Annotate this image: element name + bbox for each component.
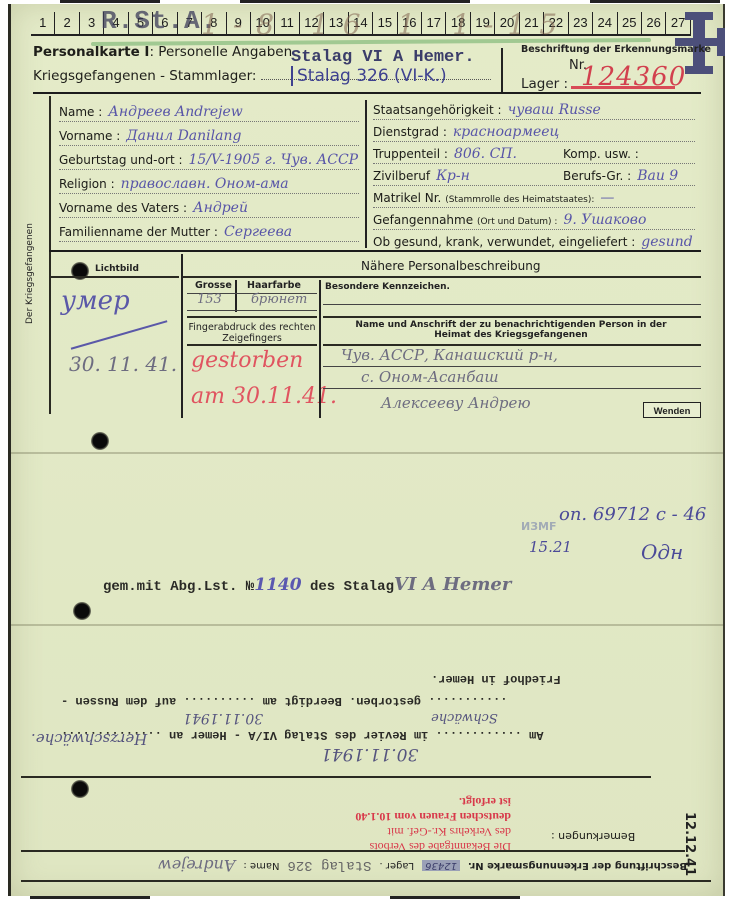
- gestorben-line: ........... gestorben. Beerdigt am .....…: [61, 694, 711, 708]
- punch-hole: [71, 780, 89, 798]
- besondere-label: Besondere Kennzeichen.: [325, 282, 450, 292]
- footer-erkennungsmarke: Beschriftung der Erkennungsmarke Nr. 124…: [47, 856, 687, 875]
- field-label-small: (Stammrolle des Heimatstaates):: [445, 195, 594, 205]
- fingerprint-top-rule: [187, 316, 317, 318]
- wenden-button[interactable]: Wenden: [643, 402, 701, 418]
- personal-field-left: Name :Андреев Andrejew: [59, 104, 359, 120]
- grosse-divider: [235, 280, 237, 312]
- contact-top-rule: [323, 316, 701, 318]
- card-title-rest: : Personelle Angaben: [149, 44, 292, 60]
- field-label: Berufs-Gr. :: [563, 169, 631, 183]
- footer-lager-label: Lager .: [379, 860, 414, 871]
- field-value: чуваш Russe: [508, 102, 601, 118]
- abgang-line: gem.mit Abg.Lst. №1140 des StalagVI A He…: [103, 574, 511, 595]
- column-number: 1: [31, 12, 55, 34]
- field-label: Zivilberuf: [373, 169, 430, 183]
- scan-edge: [240, 0, 470, 3]
- contact-line-3: Алексееву Андрею: [381, 394, 531, 412]
- field-value: Андреев Andrejew: [108, 104, 243, 120]
- gestorben-date: am 30.11.41.: [191, 384, 337, 409]
- scan-edge: [30, 896, 150, 899]
- fingerprint-rule: [187, 344, 317, 346]
- gestorben-note: gestorben: [191, 348, 303, 373]
- field-value: 806. СП.: [454, 146, 517, 162]
- lst-number: 1140: [254, 575, 301, 595]
- archive-date: 15.21: [529, 538, 572, 556]
- personal-rule: [49, 250, 701, 252]
- abgang-stalag: des Stalag: [310, 579, 394, 595]
- archive-number: оп. 69712 с - 46: [559, 504, 706, 525]
- scan-edge: [390, 896, 520, 899]
- column-number: 25: [618, 12, 642, 34]
- field-label: Vorname :: [59, 129, 120, 143]
- field-label: Dienstgrad :: [373, 125, 447, 139]
- fold-line: [11, 452, 723, 454]
- pencil-annotation: 1-8 16 1 1-15: [201, 8, 571, 41]
- field-value: gesund: [641, 234, 692, 250]
- lichtbild-rule: [49, 276, 179, 278]
- grosse-value: 153: [197, 292, 222, 307]
- field-value: 15/V-1905 г. Чув. АССР: [189, 152, 359, 168]
- personnel-card: 1234567891011121314151617181920212223242…: [8, 4, 725, 896]
- personal-divider: [365, 100, 367, 248]
- punch-hole: [73, 602, 91, 620]
- bemerkungen-label: Bemerkungen :: [551, 830, 635, 843]
- archive-stamp: ИЗМF: [521, 520, 556, 533]
- field-value: 9. Ушаково: [563, 212, 646, 228]
- haarfarbe-rule: [187, 310, 317, 311]
- personal-field-right: Matrikel Nr. (Stammrolle des Heimatstaat…: [373, 190, 695, 206]
- revier-line: Am ............ im Revier des Stalag VI/…: [61, 728, 711, 742]
- contact-rule-2: [323, 366, 701, 367]
- field-label: Religion :: [59, 177, 115, 191]
- erkennungsmarke-label: Beschriftung der Erkennungsmarke: [521, 44, 711, 55]
- red-stamp-line: ist erfolgt.: [351, 794, 511, 809]
- section-rule: [183, 276, 701, 278]
- field-value: красноармеец: [453, 124, 559, 140]
- punch-hole: [91, 432, 109, 450]
- personal-field-right: Dienstgrad :красноармеец: [373, 124, 695, 140]
- personal-field-left: Geburtstag und-ort :15/V-1905 г. Чув. АС…: [59, 152, 359, 168]
- field-value: Сергеева: [224, 224, 292, 240]
- field-label: Familienname der Mutter :: [59, 225, 218, 239]
- besondere-rule: [323, 304, 701, 305]
- stammlager-label: Kriegsgefangenen - Stammlager:: [33, 68, 256, 84]
- field-label: Ob gesund, krank, verwundet, eingeliefer…: [373, 235, 635, 249]
- rsta-stamp: R.St.A.: [101, 6, 217, 36]
- side-label: Der Kriegsgefangenen: [25, 223, 35, 324]
- field-label: Truppenteil :: [373, 147, 448, 161]
- hand-schwache: Schwäche: [431, 710, 498, 725]
- red-verbot-stamp: Die Bekanntgabe des Verbots des Verkehrs…: [351, 794, 511, 854]
- personal-field-right: ZivilberufКр-нBerufs-Gr. :Bau 9: [373, 168, 695, 184]
- contact-line-1: Чув. АССР, Канашский р-н,: [341, 346, 558, 364]
- side-border: [49, 96, 51, 414]
- lichtbild-date: 30. 11. 41.: [69, 352, 177, 376]
- footer-top-rule: [21, 850, 685, 852]
- field-value: Андрей: [193, 200, 248, 216]
- footer-name-label: Name :: [243, 860, 279, 871]
- column-number: 23: [569, 12, 593, 34]
- field-label: Matrikel Nr.: [373, 191, 441, 205]
- column-number: 24: [593, 12, 617, 34]
- personal-field-right: Staatsangehörigkeit :чуваш Russe: [373, 102, 695, 118]
- field-label-small: (Ort und Datum) :: [477, 217, 558, 227]
- column-number: 2: [55, 12, 79, 34]
- field-label: Gefangennahme: [373, 213, 473, 227]
- fingerprint-label: Fingerabdruck des rechten Zeigefingers: [187, 322, 317, 344]
- contact-line-2: с. Оном-Асанбаш: [361, 368, 499, 386]
- red-strikethrough: [571, 86, 675, 89]
- field-label: Name :: [59, 105, 102, 119]
- card-title-bold: Personalkarte I: [33, 44, 149, 60]
- lichtbild-label: Lichtbild: [95, 264, 139, 274]
- personal-field-left: Vorname :Данил Danilang: [59, 128, 359, 144]
- red-stamp-line: des Verkehrs Kr.-Gef. mit: [351, 824, 511, 839]
- field-value: Bau 9: [637, 168, 678, 184]
- contact-label: Name und Anschrift der zu benachrichtige…: [341, 320, 681, 340]
- hand-date-1: 30.11.1941: [183, 710, 263, 726]
- abgang-prefix: gem.mit Abg.Lst. №: [103, 579, 254, 595]
- description-divider: [319, 280, 321, 418]
- column-number: 26: [642, 12, 666, 34]
- footer-lager-value: Stalag 326: [287, 858, 371, 874]
- lichtbild-divider: [181, 254, 183, 418]
- field-value: Данил Danilang: [126, 128, 241, 144]
- field-value: православн. Оном-ама: [121, 176, 289, 192]
- field-value: Кр-н: [436, 168, 470, 184]
- red-stamp-line: Die Bekanntgabe des Verbots: [351, 839, 511, 854]
- contact-rule-3: [323, 388, 701, 389]
- fold-line: [11, 624, 723, 626]
- card-title: Personalkarte I: Personelle Angaben: [33, 44, 292, 60]
- grosse-label: Grosse: [195, 280, 232, 291]
- personal-field-right: Gefangennahme (Ort und Datum) :9. Ушаков…: [373, 212, 695, 228]
- scan-edge: [590, 0, 720, 3]
- scan-edge: [60, 0, 160, 3]
- personal-field-right: Ob gesund, krank, verwundet, eingeliefer…: [373, 234, 695, 250]
- field-label: Geburtstag und-ort :: [59, 153, 183, 167]
- friedhof-line: Friedhof in Hemer.: [431, 672, 561, 686]
- personal-field-left: Religion :православн. Оном-ама: [59, 176, 359, 192]
- footer-name-value: Andrejew: [158, 856, 235, 875]
- personal-field-left: Vorname des Vaters :Андрей: [59, 200, 359, 216]
- lichtbild-note: умер: [61, 286, 130, 316]
- section-title: Nähere Personalbeschreibung: [361, 259, 540, 273]
- header-divider: [501, 48, 503, 92]
- haarfarbe-value: брюнет: [251, 292, 307, 307]
- field-label: Komp. usw. :: [563, 147, 639, 161]
- footer-nr: 12436: [422, 860, 460, 871]
- haarfarbe-label: Haarfarbe: [247, 280, 301, 291]
- lager-label: Lager :: [521, 76, 568, 92]
- hand-herzschwache: Herzschwäche.: [31, 730, 147, 748]
- hand-date-2: 30.11.1941: [321, 744, 418, 764]
- personal-field-left: Familienname der Mutter :Сергеева: [59, 224, 359, 240]
- archive-signature: Одн: [641, 540, 683, 564]
- footer-bottom-rule: [21, 880, 711, 882]
- red-stamp-line: deutschen Frauen vom 10.1.40: [351, 809, 511, 824]
- stalag-handwritten: VI A Hemer: [394, 574, 511, 595]
- stalag-326-stamp: Stalag 326 (VI-K.): [291, 66, 447, 86]
- field-label: Vorname des Vaters :: [59, 201, 187, 215]
- field-label: Staatsangehörigkeit :: [373, 103, 502, 117]
- footer-label: Beschriftung der Erkennungsmarke Nr.: [468, 860, 687, 871]
- bemerkungen-top-rule: [21, 776, 651, 778]
- stalag-hemer-stamp: Stalag VI A Hemer.: [291, 48, 475, 67]
- lichtbild-underline: [71, 320, 168, 349]
- field-value: —: [600, 190, 614, 206]
- header-rule: [33, 92, 701, 94]
- personal-field-right: Truppenteil :806. СП.Komp. usw. :: [373, 146, 695, 162]
